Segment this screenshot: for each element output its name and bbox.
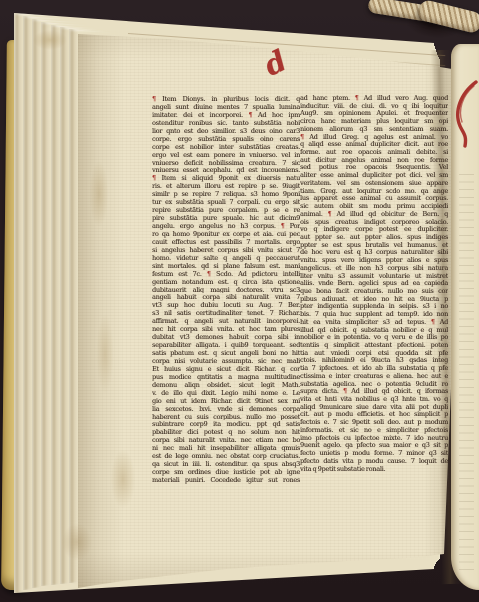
text-line: tur ex substãtia spuali 7 corpali. cu er… bbox=[152, 198, 300, 206]
text-line: ¶ Item Dionys. in pluribus locis dicit. … bbox=[152, 95, 300, 103]
text-line: pter indigentia supplenda in seipis. s3 … bbox=[300, 303, 448, 311]
text-line: pfecto datis vita p modu cause. 7 loquit… bbox=[300, 458, 448, 466]
text-line: subintrare corp9 ita modicu. ppt qd sati… bbox=[152, 420, 300, 428]
text-line: affirmat. q angeli sut naturalit incorpo… bbox=[152, 317, 300, 325]
text-line: fecto unietis p modu forme. 7 minor q3 s… bbox=[300, 450, 448, 458]
text-line: ois spus creatus indiget corporeo solaci… bbox=[300, 219, 448, 227]
text-line: corpa nisi volutarie assumpta. sic nec m… bbox=[152, 357, 300, 365]
pilcrow-mark: ¶ bbox=[328, 211, 332, 218]
text-line: ostenditur ronibus sic. tanto substãtia … bbox=[152, 119, 300, 127]
text-line: imitater. dei et incorporei. ¶ Ad hoc ip… bbox=[152, 111, 300, 119]
text-line: Et huius signu e sicut dicit Richar. q c… bbox=[152, 365, 300, 373]
text-line: aliter esse animal dupliciter pot dici. … bbox=[300, 172, 448, 180]
text-line: gentiam notandum est. q circa ista qstio… bbox=[152, 278, 300, 286]
text-line: ppter se est spus brutalis vel humanus. … bbox=[300, 242, 448, 250]
text-line: vniuerso deficit nobilissima creatura. 7… bbox=[152, 159, 300, 167]
text-line: festum est 7c. ¶ Scdo. Ad pdictoru intel… bbox=[152, 270, 300, 278]
text-line: dubitat vt3 demones habuit corpa sibi in bbox=[152, 333, 300, 341]
text-line: ad hanc ptem. ¶ Ad illud vero Aug. quod bbox=[300, 95, 448, 103]
text-line: aliqd 9municare siue dare vita alii pot … bbox=[300, 404, 448, 412]
text-line: dubitauerit aliq magni doctores. vtru sc… bbox=[152, 286, 300, 294]
text-line: veritatem. vel sm ostensionem siue appar… bbox=[300, 180, 448, 188]
text-line: angeli habuit corpa sibi naturalit vnita… bbox=[152, 293, 300, 301]
text-line: gio eni ut idem Richar. dicit 9tinet sex… bbox=[152, 397, 300, 405]
text-line: cit. aut p modu efficietis. et hoc simpl… bbox=[300, 411, 448, 419]
text-line: corpa sibi naturalit vnita. nec etiam ne… bbox=[152, 436, 300, 444]
pilcrow-mark: ¶ bbox=[343, 388, 347, 395]
text-line: tia aut vniedi corpi etsi quodda sit pfe bbox=[300, 350, 448, 358]
text-line: tentiis q simplicit attestant pfectioni.… bbox=[300, 342, 448, 350]
text-line: ¶ Ad illud Greg. q agelus est animal. vo bbox=[300, 134, 448, 142]
text-column-right: ad hanc ptem. ¶ Ad illud vero Aug. quodi… bbox=[300, 95, 448, 473]
text-line: aliis. vnde Bern. agelici spus ad ea cap… bbox=[300, 280, 448, 288]
text-line: angelu. ergo angelus no h3 corpus. ¶ Por bbox=[152, 222, 300, 230]
next-page-sliver bbox=[451, 44, 479, 590]
text-line: satis pbatum est. q sicut angeli boni no… bbox=[152, 349, 300, 357]
text-line: ris. et alterum illoru est repire p se. … bbox=[152, 182, 300, 190]
pilcrow-mark: ¶ bbox=[431, 319, 435, 326]
text-line: tia 7 ipfectoes. et ido ab illa substati… bbox=[300, 365, 448, 373]
text-line: lia sexcetos. lxvi. vnde si demones corp… bbox=[152, 405, 300, 413]
text-line: v. de illo qui dixit. Legio mihi nome e.… bbox=[152, 389, 300, 397]
text-line: angeli sunt diuine mentes 7 spualia lumi… bbox=[152, 103, 300, 111]
text-line: supra dicta. ¶ Ad illud qd obicit. q ifo… bbox=[300, 388, 448, 396]
text-line: vita q 9petit substatie ronali. bbox=[300, 466, 448, 474]
text-line: animal. ¶ Ad illud qd obicitur de Bern. … bbox=[300, 211, 448, 219]
text-show-through bbox=[459, 174, 474, 574]
text-line: forme. aut roe opacois animali debite. s… bbox=[300, 149, 448, 157]
pilcrow-mark: ¶ bbox=[248, 111, 252, 119]
text-line: fectois e. 7 sic 9petit soli deo. aut p … bbox=[300, 419, 448, 427]
text-line: angelicus. et ille non h3 corpus sibi na… bbox=[300, 265, 448, 273]
text-line: qa sicut in iiii. li. ostenditur. qa spu… bbox=[152, 460, 300, 468]
text-line: lus apparet esse animal cu assumit corpu… bbox=[300, 195, 448, 203]
text-line: informatis. et sic no e simpliciter pfec… bbox=[300, 427, 448, 435]
text-line: 9uenit agelo. qa pfecto sua maior e q3 s… bbox=[300, 442, 448, 450]
pilcrow-mark: ¶ bbox=[281, 222, 285, 230]
text-line: nec hit corpa sibi vnita. et hoc tam plu… bbox=[152, 325, 300, 333]
pilcrow-mark: ¶ bbox=[300, 134, 304, 141]
text-line: sed potius roe opacois 9sequentis. Vel bbox=[300, 164, 448, 172]
text-line: corpe sm ordines diue iusticie pot ab ig… bbox=[152, 468, 300, 476]
pilcrow-mark: ¶ bbox=[207, 270, 211, 278]
text-line: que bona facit creaturis. nullo mo suis … bbox=[300, 288, 448, 296]
text-line: q aliqd esse animal dupliciter dicit. au… bbox=[300, 141, 448, 149]
gutter-shade bbox=[78, 8, 124, 592]
text-line: vo q indigere corpe potest ee dupliciter… bbox=[300, 226, 448, 234]
text-column-left: ¶ Item Dionys. in pluribus locis dicit. … bbox=[152, 95, 300, 484]
incunabulum-book-photo: d ¶ Item Dionys. in pluribus locis dicit… bbox=[0, 0, 479, 602]
pilcrow-mark: ¶ bbox=[152, 174, 156, 182]
text-line: ni nec mali hit insepabiliter alligata q… bbox=[152, 444, 300, 452]
text-line: ctois. nihilomin9 ei 9iucta h3 qsdas int… bbox=[300, 357, 448, 365]
text-line: tiam. Greg. aut loquitur scdo mo. qa ang… bbox=[300, 188, 448, 196]
text-line: Aug9. sm opinionem Apulei. et frequenter bbox=[300, 110, 448, 118]
text-line: s3 nil satis certitudinaliter tenet. 7 R… bbox=[152, 309, 300, 317]
text-line: pus modice qntitatis a magna multitudine bbox=[152, 373, 300, 381]
text-line: inducitur. viii. de ciui. di. vo q ibi l… bbox=[300, 103, 448, 111]
text-line: liter vnitu s3 assumit voluntarie ut mis… bbox=[300, 273, 448, 281]
text-line: repire substãtia pure corpalem. p se e r… bbox=[152, 206, 300, 214]
pilcrow-mark: ¶ bbox=[355, 95, 359, 102]
text-line: ergo vel est eam ponere in vniuerso. vel… bbox=[152, 151, 300, 159]
text-line: similr p se repire 7 reliqua. s3 homo 9p… bbox=[152, 190, 300, 198]
text-line: ¶ Item si aliquid 9ponit ex diuersis nat… bbox=[152, 174, 300, 182]
text-line: pbabiliter dici potest q no solum non hi… bbox=[152, 428, 300, 436]
text-line: est de lege omniu. nec obstat corp cruci… bbox=[152, 452, 300, 460]
text-line: haberent cu suis corpibus. nullo mo poss… bbox=[152, 413, 300, 421]
text-line: nobilior e in potentia. vo q veru e de i… bbox=[300, 334, 448, 342]
text-line: circa hanc materiam plus loquitur sm opi bbox=[300, 118, 448, 126]
red-initial-flourish-icon bbox=[452, 78, 478, 154]
text-line: aut dicitur angelus animal non roe forme bbox=[300, 157, 448, 165]
text-line: imo pfectois cu ipfectoe mixte. 7 ido ne… bbox=[300, 435, 448, 443]
text-line: sic autem obiit sm modu primu accipiedi bbox=[300, 203, 448, 211]
text-line: materiali puniri. Cocedede igitur sut ro… bbox=[152, 476, 300, 484]
text-line: sint mortales. qd si plane falsum est. m… bbox=[152, 262, 300, 270]
text-line: bis. 7 quia huc supplent ad temp9. ido n… bbox=[300, 311, 448, 319]
text-line: pire substãtia pure spuale. hic aut dici… bbox=[152, 214, 300, 222]
text-line: corpe. ergo substãtia spualis oino caren… bbox=[152, 135, 300, 143]
text-line: ctissima e inter creaturas e aliena. hec… bbox=[300, 373, 448, 381]
text-line: si angelus haberet corpus sibi vnitu sic… bbox=[152, 246, 300, 254]
text-line: cauit effectus est passibilis 7 mortalis… bbox=[152, 238, 300, 246]
text-line: homo. videtur salte q angeli q peccaueru… bbox=[152, 254, 300, 262]
text-line: aut ppter se. aut ppter alios. spus indi… bbox=[300, 234, 448, 242]
text-line: hit ea vnita simpliciter s3 ad tepus. ¶ … bbox=[300, 319, 448, 327]
text-line: substatia agelica. nec o potentia 9cludi… bbox=[300, 381, 448, 389]
text-line: de hoc veru est q h3 corpus naturaliter … bbox=[300, 249, 448, 257]
text-line: nionem aliorum q3 sm sententiam suam. bbox=[300, 126, 448, 134]
text-line: pibus adiuuat. et ideo no hit ea 9iucta … bbox=[300, 296, 448, 304]
text-line: vt3 sup hoc dubiu locuti su Aug. 7 Ber. bbox=[152, 301, 300, 309]
text-line: illud qd obicit. q substatia nobilior e … bbox=[300, 327, 448, 335]
text-line: corpe est nobilior inter substãtias crea… bbox=[152, 143, 300, 151]
pilcrow-mark: ¶ bbox=[152, 95, 156, 103]
text-line: vniuersu esset acephalu. qd est incoueni… bbox=[152, 166, 300, 174]
text-line: vita et hnti vita nobilius e q3 hnte tm.… bbox=[300, 396, 448, 404]
text-line: demonu aliqn obsidet. sicut legit Math. bbox=[152, 381, 300, 389]
text-line: ro qa homo 9ponitur ex corpe et aia. cui… bbox=[152, 230, 300, 238]
text-line: lior qnto est deo similior. s3 deus oino… bbox=[152, 127, 300, 135]
text-line: separabiliter alligata. i quib9 torquean… bbox=[152, 341, 300, 349]
text-line: vnitu. spus vero idigens ppter alios e s… bbox=[300, 257, 448, 265]
